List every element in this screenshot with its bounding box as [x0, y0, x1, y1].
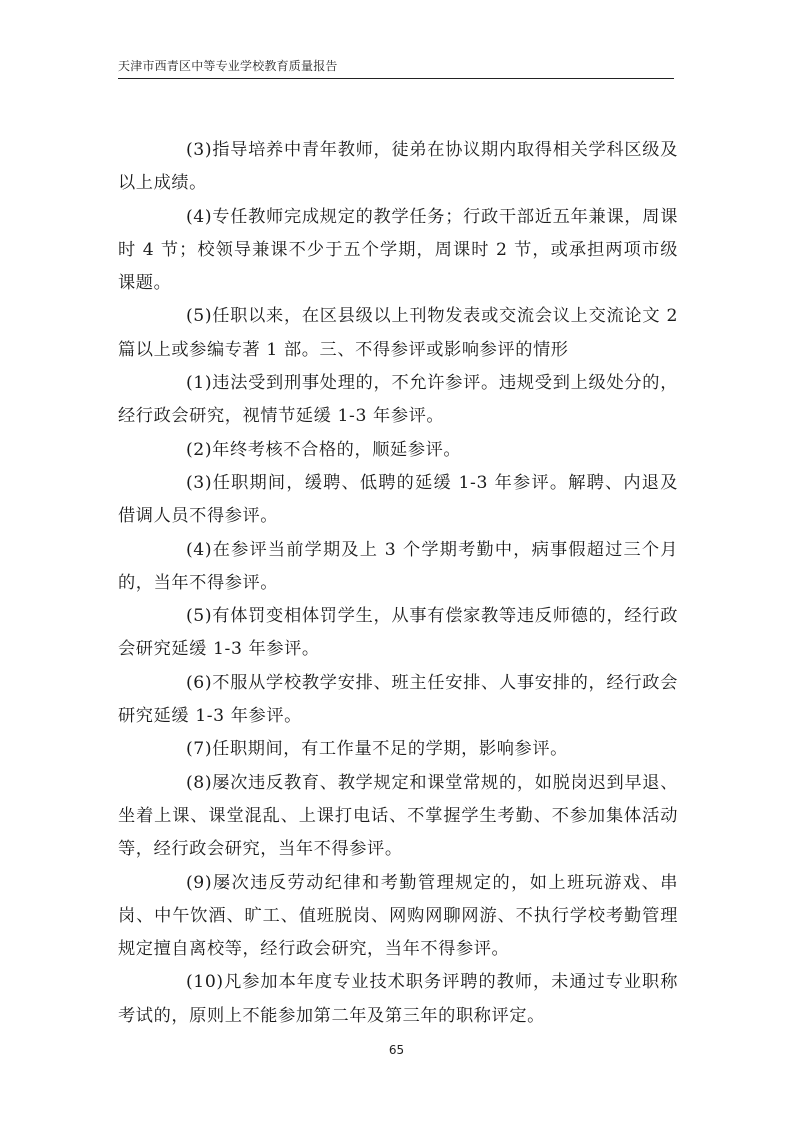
paragraph-item-3a: (3)指导培养中青年教师，徒弟在协议期内取得相关学科区级及以上成绩。: [118, 134, 678, 201]
item-number: (4): [152, 201, 212, 234]
paragraph-item-10: (10)凡参加本年度专业技术职务评聘的教师，未通过专业职称考试的，原则上不能参加…: [118, 966, 678, 1033]
paragraph-item-8: (8)屡次违反教育、教学规定和课堂常规的，如脱岗迟到早退、坐着上课、课堂混乱、上…: [118, 767, 678, 867]
page-header: 天津市西青区中等专业学校教育质量报告: [118, 58, 674, 79]
paragraph-item-6: (6)不服从学校教学安排、班主任安排、人事安排的，经行政会研究延缓 1-3 年参…: [118, 667, 678, 734]
item-number: (5): [152, 600, 212, 633]
paragraph-text: 任职期间，有工作量不足的学期，影响参评。: [212, 739, 568, 759]
page-number: 65: [0, 1043, 793, 1057]
paragraph-text: 年终考核不合格的，顺延参评。: [212, 440, 461, 460]
paragraph-item-3: (3)任职期间，缓聘、低聘的延缓 1-3 年参评。解聘、内退及借调人员不得参评。: [118, 467, 678, 534]
item-number: (9): [152, 867, 212, 900]
item-number: (10): [152, 966, 224, 999]
paragraph-item-7: (7)任职期间，有工作量不足的学期，影响参评。: [118, 733, 678, 766]
item-number: (5): [152, 300, 212, 333]
item-number: (1): [152, 367, 212, 400]
paragraph-item-1: (1)违法受到刑事处理的，不允许参评。违规受到上级处分的，经行政会研究，视情节延…: [118, 367, 678, 434]
paragraph-item-4a: (4)专任教师完成规定的教学任务；行政干部近五年兼课，周课时 4 节；校领导兼课…: [118, 201, 678, 301]
document-body: (3)指导培养中青年教师，徒弟在协议期内取得相关学科区级及以上成绩。 (4)专任…: [118, 134, 678, 1033]
item-number: (7): [152, 733, 212, 766]
item-number: (3): [152, 134, 212, 167]
item-number: (8): [152, 767, 212, 800]
paragraph-item-5a: (5)任职以来，在区县级以上刊物发表或交流会议上交流论文 2 篇以上或参编专著 …: [118, 300, 678, 367]
item-number: (6): [152, 667, 212, 700]
item-number: (2): [152, 434, 212, 467]
header-title: 天津市西青区中等专业学校教育质量报告: [118, 59, 338, 73]
paragraph-item-2: (2)年终考核不合格的，顺延参评。: [118, 434, 678, 467]
paragraph-item-5: (5)有体罚变相体罚学生，从事有偿家教等违反师德的，经行政会研究延缓 1-3 年…: [118, 600, 678, 667]
item-number: (3): [152, 467, 212, 500]
paragraph-item-9: (9)屡次违反劳动纪律和考勤管理规定的，如上班玩游戏、串岗、中午饮酒、旷工、值班…: [118, 867, 678, 967]
paragraph-item-4: (4)在参评当前学期及上 3 个学期考勤中，病事假超过三个月的，当年不得参评。: [118, 534, 678, 601]
item-number: (4): [152, 534, 212, 567]
